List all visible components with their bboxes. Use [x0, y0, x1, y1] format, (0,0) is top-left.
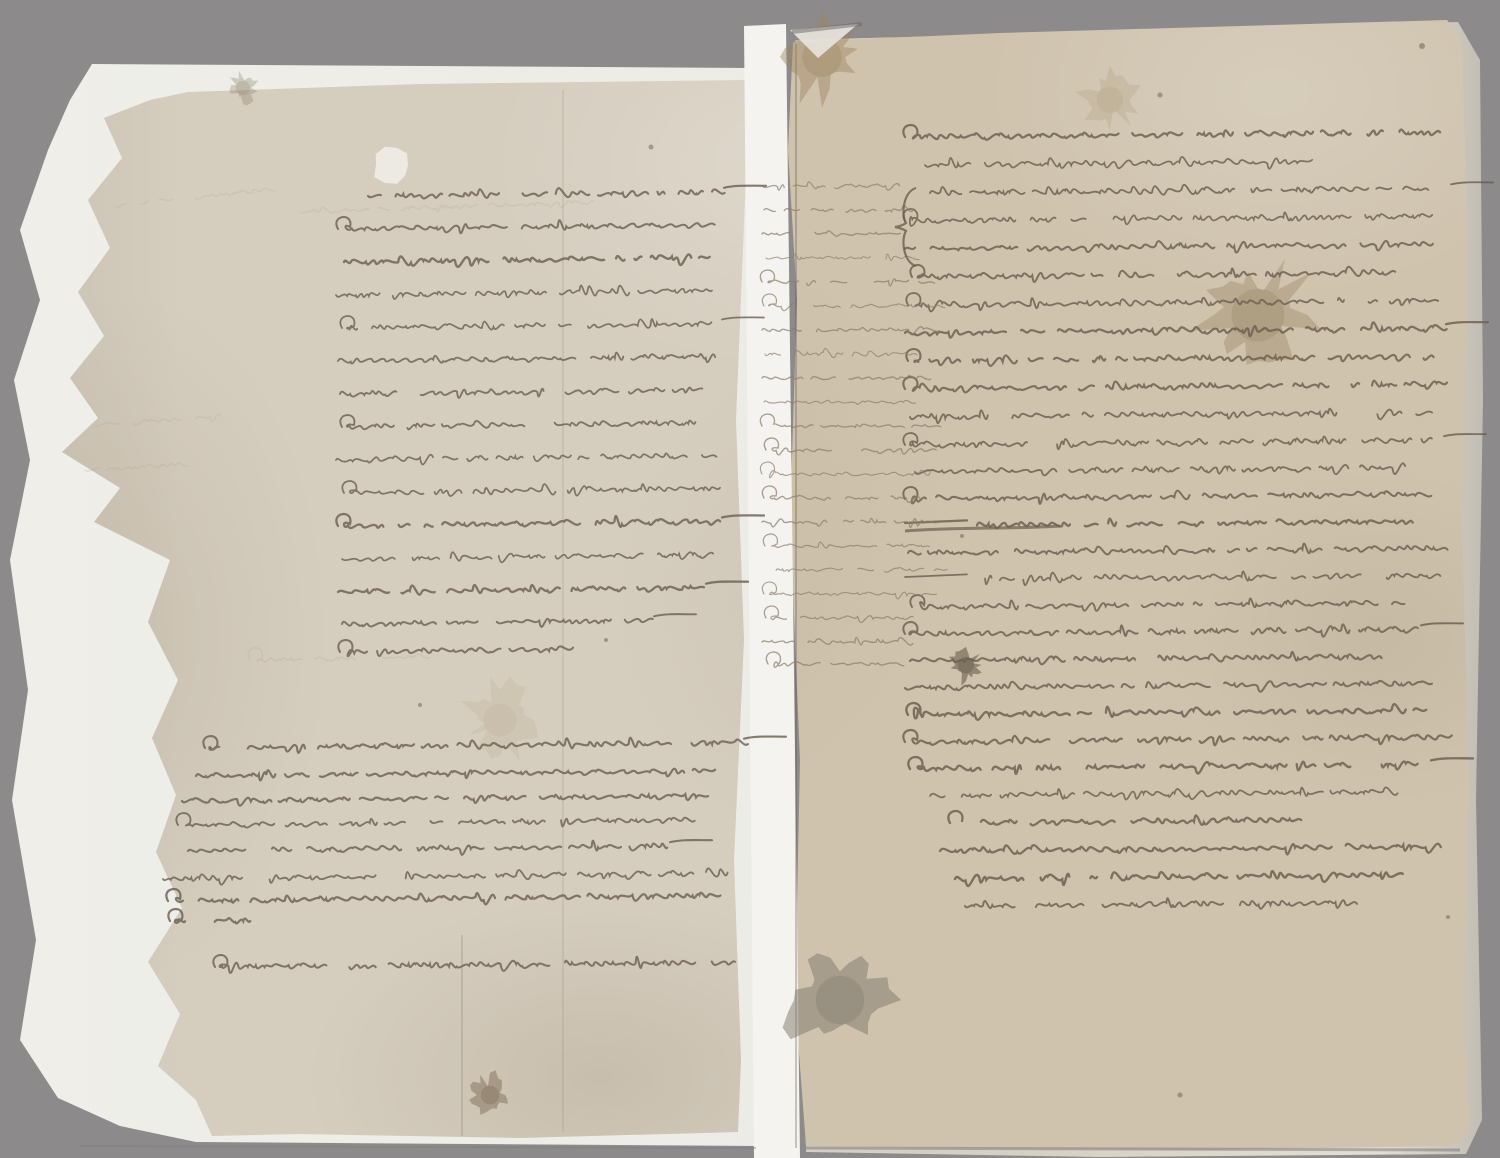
bottom-edge-seam-left: [80, 1146, 756, 1148]
manuscript-photograph: [0, 0, 1500, 1158]
corner-shadow-notch: [792, 24, 862, 32]
